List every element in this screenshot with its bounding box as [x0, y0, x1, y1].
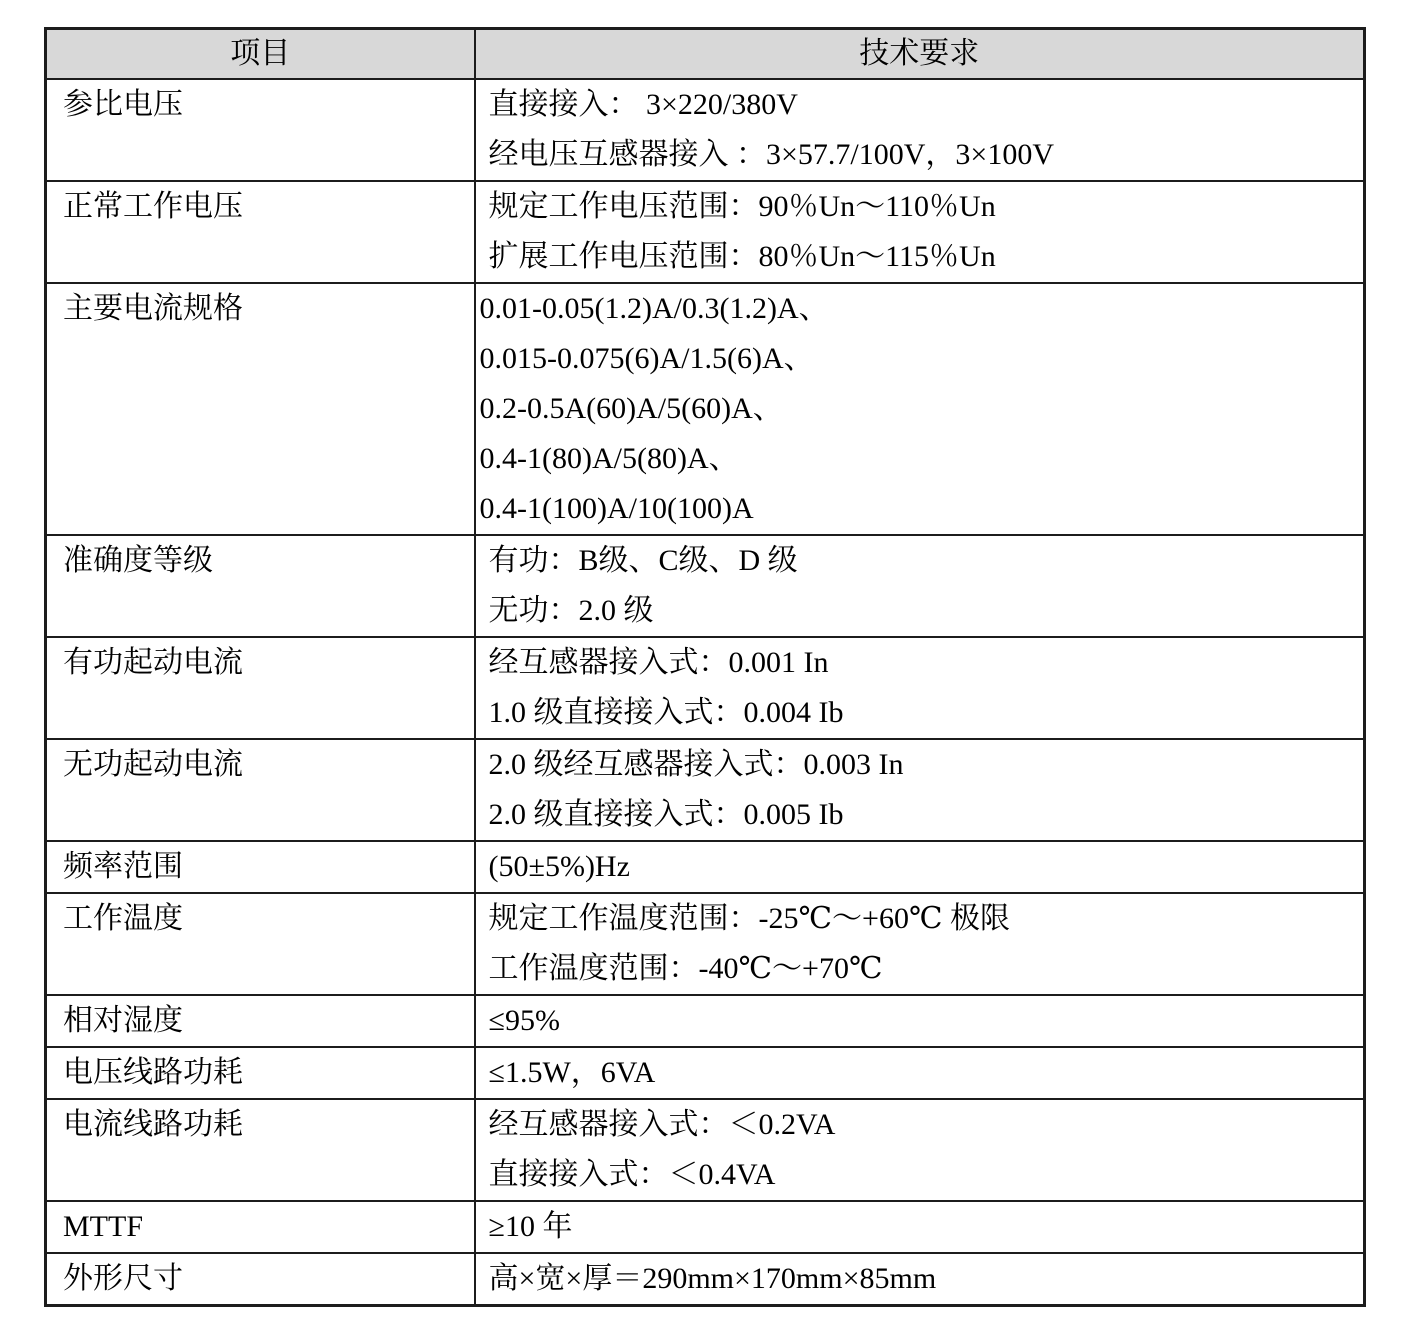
requirement-cell: 直接接入： 3×220/380V 经电压互感器接入 ：3×57.7/100V，3… — [475, 79, 1365, 181]
requirement-line: 0.4-1(80)A/5(80)A、 — [480, 434, 1356, 484]
requirement-cell: 有功：B级、C级、D 级 无功：2.0 级 — [475, 535, 1365, 637]
requirement-line: 1.0 级直接接入式：0.004 Ib — [489, 688, 1356, 738]
item-cell: 准确度等级 — [46, 535, 475, 637]
requirement-cell: ≥10 年 — [475, 1201, 1365, 1253]
table-row-relative-humidity: 相对湿度 ≤95% — [46, 995, 1365, 1047]
table-header-row: 项目 技术要求 — [46, 29, 1365, 80]
item-cell: 无功起动电流 — [46, 739, 475, 841]
requirement-line: 直接接入式：＜0.4VA — [489, 1150, 1356, 1200]
requirement-line: ≤95% — [489, 996, 1356, 1046]
requirement-line: 规定工作温度范围：-25℃～+60℃ 极限 — [489, 894, 1356, 944]
item-cell: 参比电压 — [46, 79, 475, 181]
requirement-cell: 高×宽×厚＝290mm×170mm×85mm — [475, 1253, 1365, 1306]
table-row-current-specs: 主要电流规格 0.01-0.05(1.2)A/0.3(1.2)A、 0.015-… — [46, 283, 1365, 535]
item-cell: 电压线路功耗 — [46, 1047, 475, 1099]
requirement-cell: 规定工作温度范围：-25℃～+60℃ 极限 工作温度范围：-40℃～+70℃ — [475, 893, 1365, 995]
requirement-cell: 规定工作电压范围：90％Un～110％Un 扩展工作电压范围：80％Un～115… — [475, 181, 1365, 283]
item-cell: 有功起动电流 — [46, 637, 475, 739]
requirement-line: 规定工作电压范围：90％Un～110％Un — [489, 182, 1356, 232]
requirement-line: 直接接入： 3×220/380V — [489, 80, 1356, 130]
item-cell: 频率范围 — [46, 841, 475, 893]
header-cell-requirement: 技术要求 — [475, 29, 1365, 80]
requirement-line: (50±5%)Hz — [489, 842, 1356, 892]
requirement-cell: 经互感器接入式：0.001 In 1.0 级直接接入式：0.004 Ib — [475, 637, 1365, 739]
requirement-line: 0.2-0.5A(60)A/5(60)A、 — [480, 384, 1356, 434]
requirement-line: 2.0 级直接接入式：0.005 Ib — [489, 790, 1356, 840]
table-row-current-circuit-power: 电流线路功耗 经互感器接入式：＜0.2VA 直接接入式：＜0.4VA — [46, 1099, 1365, 1201]
requirement-line: 无功：2.0 级 — [489, 586, 1356, 636]
table-row-accuracy-class: 准确度等级 有功：B级、C级、D 级 无功：2.0 级 — [46, 535, 1365, 637]
requirement-cell: ≤1.5W，6VA — [475, 1047, 1365, 1099]
requirement-cell: (50±5%)Hz — [475, 841, 1365, 893]
table-row-dimensions: 外形尺寸 高×宽×厚＝290mm×170mm×85mm — [46, 1253, 1365, 1306]
table-row-working-voltage: 正常工作电压 规定工作电压范围：90％Un～110％Un 扩展工作电压范围：80… — [46, 181, 1365, 283]
requirement-line: 经电压互感器接入 ：3×57.7/100V，3×100V — [489, 130, 1356, 180]
item-cell: 主要电流规格 — [46, 283, 475, 535]
requirement-line: 0.015-0.075(6)A/1.5(6)A、 — [480, 334, 1356, 384]
table-row-mttf: MTTF ≥10 年 — [46, 1201, 1365, 1253]
table-row-active-starting-current: 有功起动电流 经互感器接入式：0.001 In 1.0 级直接接入式：0.004… — [46, 637, 1365, 739]
requirement-line: ≤1.5W，6VA — [489, 1048, 1356, 1098]
item-cell: 正常工作电压 — [46, 181, 475, 283]
table-row-reactive-starting-current: 无功起动电流 2.0 级经互感器接入式：0.003 In 2.0 级直接接入式：… — [46, 739, 1365, 841]
requirement-line: 0.4-1(100)A/10(100)A — [480, 484, 1356, 534]
item-cell: 工作温度 — [46, 893, 475, 995]
requirement-line: 0.01-0.05(1.2)A/0.3(1.2)A、 — [480, 284, 1356, 334]
item-cell: 外形尺寸 — [46, 1253, 475, 1306]
requirement-line: 2.0 级经互感器接入式：0.003 In — [489, 740, 1356, 790]
requirement-cell: 0.01-0.05(1.2)A/0.3(1.2)A、 0.015-0.075(6… — [475, 283, 1365, 535]
table-row-working-temperature: 工作温度 规定工作温度范围：-25℃～+60℃ 极限 工作温度范围：-40℃～+… — [46, 893, 1365, 995]
requirement-line: ≥10 年 — [489, 1202, 1356, 1252]
requirement-line: 经互感器接入式：＜0.2VA — [489, 1100, 1356, 1150]
requirement-cell: 2.0 级经互感器接入式：0.003 In 2.0 级直接接入式：0.005 I… — [475, 739, 1365, 841]
requirement-line: 扩展工作电压范围：80％Un～115％Un — [489, 232, 1356, 282]
requirement-cell: ≤95% — [475, 995, 1365, 1047]
item-cell: 相对湿度 — [46, 995, 475, 1047]
spec-table-container: 项目 技术要求 参比电压 直接接入： 3×220/380V 经电压互感器接入 ：… — [44, 27, 1366, 1307]
spec-table: 项目 技术要求 参比电压 直接接入： 3×220/380V 经电压互感器接入 ：… — [44, 27, 1366, 1307]
header-cell-item: 项目 — [46, 29, 475, 80]
table-row-frequency-range: 频率范围 (50±5%)Hz — [46, 841, 1365, 893]
requirement-line: 有功：B级、C级、D 级 — [489, 536, 1356, 586]
requirement-line: 工作温度范围：-40℃～+70℃ — [489, 944, 1356, 994]
item-cell: 电流线路功耗 — [46, 1099, 475, 1201]
requirement-line: 经互感器接入式：0.001 In — [489, 638, 1356, 688]
table-row-voltage-circuit-power: 电压线路功耗 ≤1.5W，6VA — [46, 1047, 1365, 1099]
item-cell: MTTF — [46, 1201, 475, 1253]
requirement-line: 高×宽×厚＝290mm×170mm×85mm — [489, 1254, 1356, 1304]
requirement-cell: 经互感器接入式：＜0.2VA 直接接入式：＜0.4VA — [475, 1099, 1365, 1201]
table-row-reference-voltage: 参比电压 直接接入： 3×220/380V 经电压互感器接入 ：3×57.7/1… — [46, 79, 1365, 181]
